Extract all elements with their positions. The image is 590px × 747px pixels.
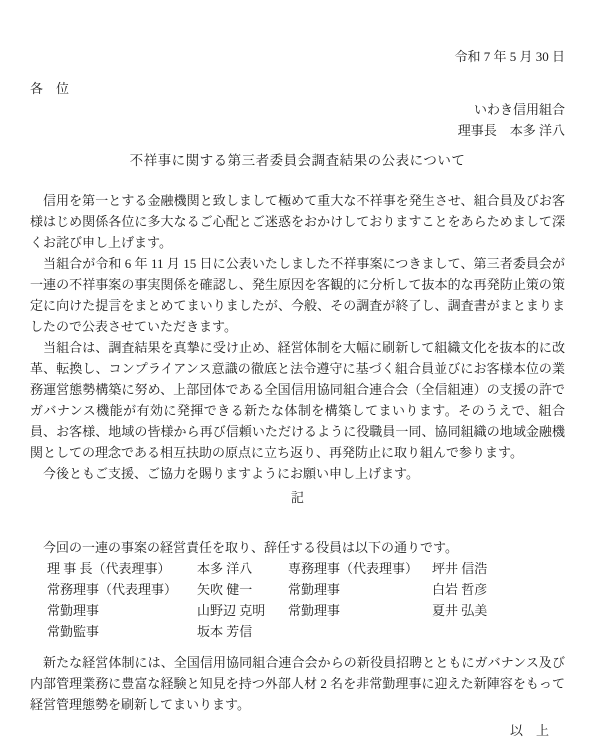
officer-title: 常勤理事: [47, 600, 197, 621]
officer-title: 理 事 長（代表理事）: [47, 558, 197, 579]
body-paragraphs: 信用を第一とする金融機関と致しまして極めて重大な不祥事を発生させ、組合員及びお客…: [30, 190, 565, 484]
document-page: 令和 7 年 5 月 30 日 各 位 いわき信用組合 理事長 本多 洋八 不祥…: [0, 0, 590, 747]
officer-name: [432, 621, 565, 642]
officer-title: 常勤監事: [47, 621, 197, 642]
document-title: 不祥事に関する第三者委員会調査結果の公表について: [30, 150, 565, 171]
sender-representative: 理事長 本多 洋八: [30, 120, 565, 141]
officer-name: 坂本 芳信: [197, 621, 288, 642]
sender-organization: いわき信用組合: [30, 99, 565, 120]
salutation: 各 位: [30, 78, 565, 99]
paragraph-investigation: 当組合が令和 6 年 11 月 15 日に公表いたしました不祥事案につきまして、…: [30, 253, 565, 337]
officer-title: 常勤理事: [288, 579, 432, 600]
officer-name: 本多 洋八: [197, 558, 288, 579]
resignation-intro: 今回の一連の事案の経営責任を取り、辞任する役員は以下の通りです。: [30, 537, 565, 558]
officer-title: 常勤理事: [288, 600, 432, 621]
paragraph-apology: 信用を第一とする金融機関と致しまして極めて重大な不祥事を発生させ、組合員及びお客…: [30, 190, 565, 253]
paragraph-request: 今後ともご支援、ご協力を賜りますようにお願い申し上げます。: [30, 463, 565, 484]
officer-title: 常務理事（代表理事）: [47, 579, 197, 600]
officer-name: 白岩 哲彦: [432, 579, 565, 600]
officer-name: 坪井 信浩: [432, 558, 565, 579]
closing-paragraph: 新たな経営体制には、全国信用協同組合連合会からの新役員招聘とともにガバナンス及び…: [30, 652, 565, 715]
officer-table: 理 事 長（代表理事） 本多 洋八 専務理事（代表理事） 坪井 信浩 常務理事（…: [47, 558, 565, 642]
officer-name: 夏井 弘美: [432, 600, 565, 621]
paragraph-reform: 当組合は、調査結果を真摯に受け止め、経営体制を大幅に刷新して組織文化を抜本的に改…: [30, 337, 565, 463]
record-marker: 記: [30, 487, 565, 508]
officer-name: 矢吹 健一: [197, 579, 288, 600]
document-date: 令和 7 年 5 月 30 日: [30, 46, 565, 67]
officer-name: 山野辺 克明: [197, 600, 288, 621]
end-marker: 以 上: [30, 720, 549, 741]
officer-title: [288, 621, 432, 642]
officer-title: 専務理事（代表理事）: [288, 558, 432, 579]
